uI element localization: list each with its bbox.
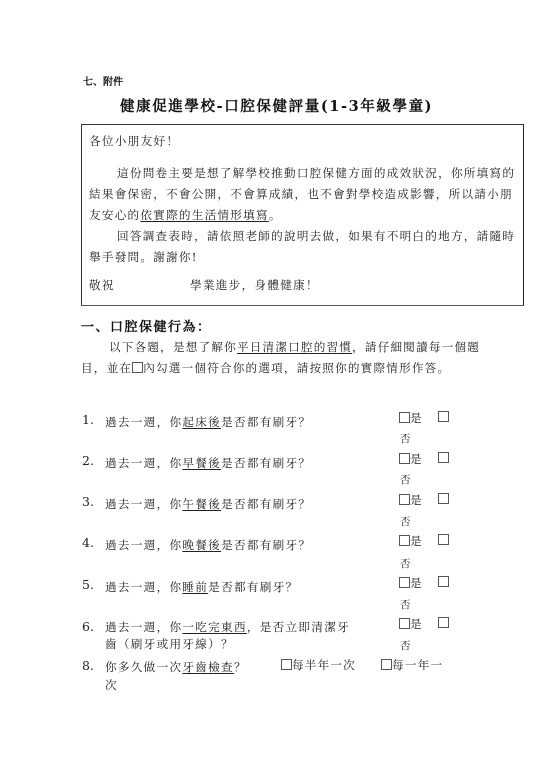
option-every-year[interactable]: 每一年一 <box>381 657 443 673</box>
checkbox-yes[interactable] <box>399 577 410 588</box>
checkbox-yes[interactable] <box>399 453 410 464</box>
checkbox-no[interactable] <box>438 617 449 628</box>
option-yes[interactable]: 是 <box>399 616 422 632</box>
emphasis-underline: 依實際的生活情形填寫 <box>140 208 268 222</box>
checkbox-no[interactable] <box>438 452 449 463</box>
checkbox-icon <box>132 362 143 373</box>
letter-closing: 敬祝 <box>89 275 115 296</box>
letter-paragraph-1: 這份問卷主要是想了解學校推動口腔保健方面的成效狀況，你所填寫的結果會保密，不會公… <box>89 163 517 226</box>
emphasis-underline: 平日清潔口腔的習慣 <box>237 340 352 354</box>
checkbox-every-year[interactable] <box>381 659 392 670</box>
option-yes[interactable]: 是 <box>399 410 422 426</box>
intro-letter-box: 各位小朋友好！ 這份問卷主要是想了解學校推動口腔保健方面的成效狀況，你所填寫的結… <box>81 124 524 306</box>
option-every-half-year[interactable]: 每半年一次 <box>281 657 356 673</box>
checkbox-yes[interactable] <box>399 412 410 423</box>
letter-greeting: 各位小朋友好！ <box>89 131 179 152</box>
section-intro: 以下各題，是想了解你平日清潔口腔的習慣，請仔細閱讀每一個題目，並在內勾選一個符合… <box>81 337 481 379</box>
option-yes[interactable]: 是 <box>399 492 422 508</box>
checkbox-yes[interactable] <box>399 494 410 505</box>
section-heading: 一、口腔保健行為： <box>81 316 212 335</box>
checkbox-yes[interactable] <box>399 618 410 629</box>
checkbox-yes[interactable] <box>399 535 410 546</box>
checkbox-no[interactable] <box>438 534 449 545</box>
option-yes[interactable]: 是 <box>399 451 422 467</box>
option-yes[interactable]: 是 <box>399 533 422 549</box>
page-title: 健康促進學校-口腔保健評量(1-3年級學童) <box>120 95 433 116</box>
letter-paragraph-2: 回答調查表時，請依照老師的說明去做，如果有不明白的地方，請隨時舉手發問。謝謝你! <box>89 226 517 268</box>
checkbox-half-year[interactable] <box>281 659 292 670</box>
checkbox-no[interactable] <box>438 411 449 422</box>
checkbox-no[interactable] <box>438 576 449 587</box>
checkbox-no[interactable] <box>438 493 449 504</box>
letter-wish: 學業進步，身體健康！ <box>190 275 319 296</box>
appendix-label: 七、附件 <box>83 73 123 88</box>
option-yes[interactable]: 是 <box>399 575 422 591</box>
